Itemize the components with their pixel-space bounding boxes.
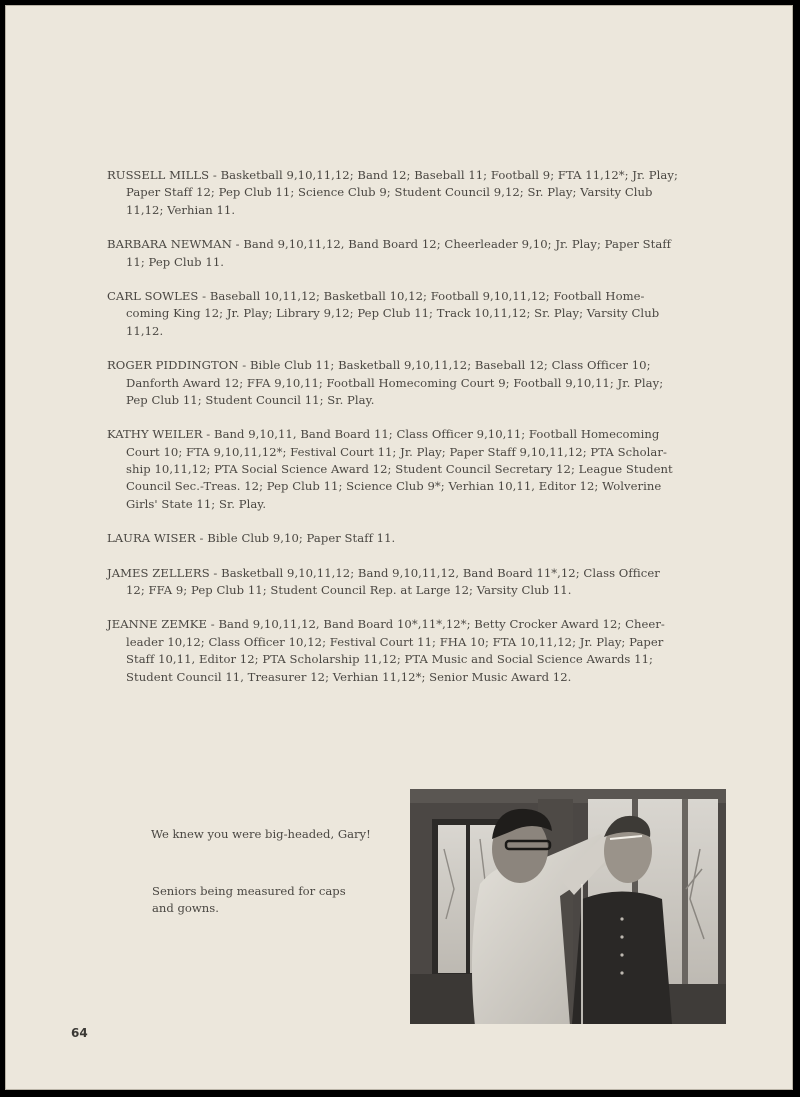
- caption-line-2: and gowns.: [152, 901, 219, 915]
- senior-entry-continuation-line: Student Council 11, Treasurer 12; Verhia…: [107, 669, 707, 686]
- senior-entry-first-line: KATHY WEILER - Band 9,10,11, Band Board …: [107, 426, 707, 443]
- photo-caption-joke: We knew you were big-headed, Gary!: [151, 826, 371, 843]
- senior-entry-continuation-line: 11,12.: [107, 323, 707, 340]
- senior-entry-continuation-line: 12; FFA 9; Pep Club 11; Student Council …: [107, 582, 707, 599]
- senior-entry-first-line: BARBARA NEWMAN - Band 9,10,11,12, Band B…: [107, 236, 707, 253]
- senior-entry: ROGER PIDDINGTON - Bible Club 11; Basket…: [107, 357, 707, 409]
- caption-line-1: Seniors being measured for caps: [152, 884, 346, 898]
- senior-entry-first-line: JAMES ZELLERS - Basketball 9,10,11,12; B…: [107, 565, 707, 582]
- senior-entry: JEANNE ZEMKE - Band 9,10,11,12, Band Boa…: [107, 616, 707, 686]
- senior-entry-continuation-line: Paper Staff 12; Pep Club 11; Science Clu…: [107, 184, 707, 201]
- senior-entry-first-line: ROGER PIDDINGTON - Bible Club 11; Basket…: [107, 357, 707, 374]
- measuring-photo: [410, 789, 726, 1024]
- senior-entry: LAURA WISER - Bible Club 9,10; Paper Sta…: [107, 530, 707, 547]
- senior-entry-continuation-line: 11,12; Verhian 11.: [107, 202, 707, 219]
- senior-entry-continuation-line: Council Sec.-Treas. 12; Pep Club 11; Sci…: [107, 478, 707, 495]
- senior-entry-first-line: RUSSELL MILLS - Basketball 9,10,11,12; B…: [107, 167, 707, 184]
- photo-caption-description: Seniors being measured for caps and gown…: [152, 883, 346, 917]
- page-number: 64: [71, 1026, 88, 1040]
- senior-entry-continuation-line: ship 10,11,12; PTA Social Science Award …: [107, 461, 707, 478]
- senior-entry: BARBARA NEWMAN - Band 9,10,11,12, Band B…: [107, 236, 707, 271]
- senior-entry-continuation-line: Girls' State 11; Sr. Play.: [107, 496, 707, 513]
- senior-entry-continuation-line: Pep Club 11; Student Council 11; Sr. Pla…: [107, 392, 707, 409]
- senior-entry-first-line: CARL SOWLES - Baseball 10,11,12; Basketb…: [107, 288, 707, 305]
- senior-entry-continuation-line: leader 10,12; Class Officer 10,12; Festi…: [107, 634, 707, 651]
- senior-entry: RUSSELL MILLS - Basketball 9,10,11,12; B…: [107, 167, 707, 219]
- yearbook-page: RUSSELL MILLS - Basketball 9,10,11,12; B…: [5, 5, 793, 1090]
- senior-activities-list: RUSSELL MILLS - Basketball 9,10,11,12; B…: [107, 167, 707, 703]
- senior-entry: KATHY WEILER - Band 9,10,11, Band Board …: [107, 426, 707, 513]
- senior-entry-continuation-line: 11; Pep Club 11.: [107, 254, 707, 271]
- senior-entry-continuation-line: Court 10; FTA 9,10,11,12*; Festival Cour…: [107, 444, 707, 461]
- senior-entry-continuation-line: coming King 12; Jr. Play; Library 9,12; …: [107, 305, 707, 322]
- senior-entry-first-line: LAURA WISER - Bible Club 9,10; Paper Sta…: [107, 530, 707, 547]
- senior-entry-first-line: JEANNE ZEMKE - Band 9,10,11,12, Band Boa…: [107, 616, 707, 633]
- senior-entry-continuation-line: Staff 10,11, Editor 12; PTA Scholarship …: [107, 651, 707, 668]
- senior-entry: JAMES ZELLERS - Basketball 9,10,11,12; B…: [107, 565, 707, 600]
- senior-entry-continuation-line: Danforth Award 12; FFA 9,10,11; Football…: [107, 375, 707, 392]
- senior-entry: CARL SOWLES - Baseball 10,11,12; Basketb…: [107, 288, 707, 340]
